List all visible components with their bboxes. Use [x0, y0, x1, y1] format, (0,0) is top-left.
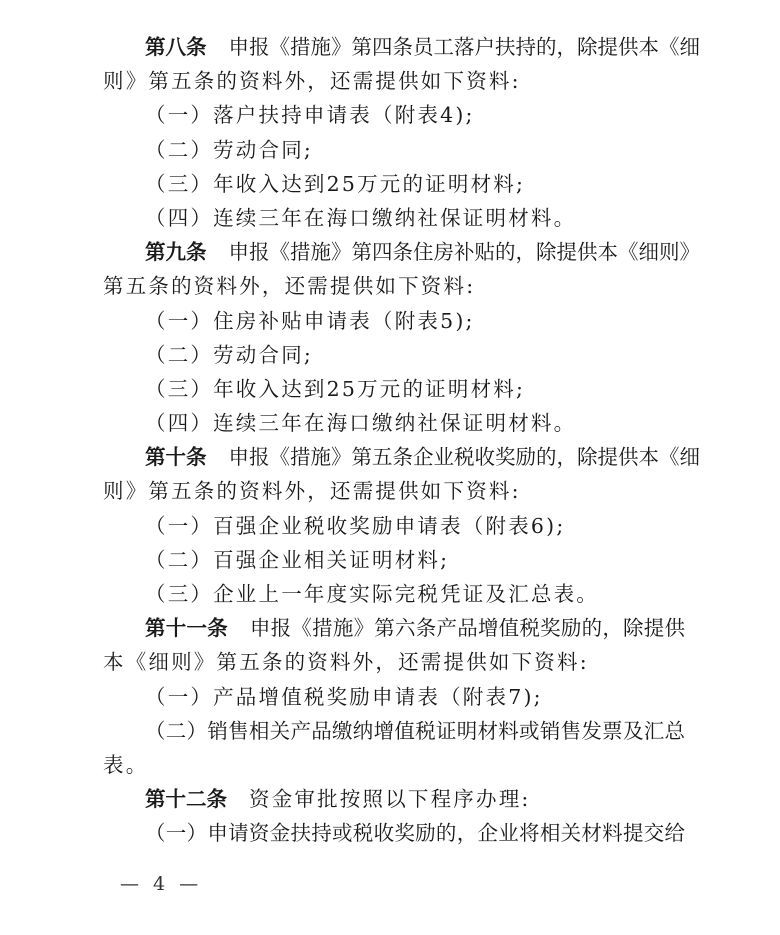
- document-page: 第八条申报《措施》第四条员工落户扶持的，除提供本《细 则》第五条的资料外，还需提…: [103, 30, 685, 851]
- list-item: （三）企业上一年度实际完税凭证及汇总表。: [103, 577, 685, 611]
- article-10-line-2: 则》第五条的资料外，还需提供如下资料:: [103, 474, 685, 508]
- article-11-line-2: 本《细则》第五条的资料外，还需提供如下资料:: [103, 645, 685, 679]
- list-item: （一）产品增值税奖励申请表（附表7);: [103, 680, 685, 714]
- list-item: （三）年收入达到25万元的证明材料;: [103, 372, 685, 406]
- list-item: （三）年收入达到25万元的证明材料;: [103, 167, 685, 201]
- list-item: （二）劳动合同;: [103, 133, 685, 167]
- article-12-line-1: 第十二条资金审批按照以下程序办理:: [103, 782, 685, 816]
- page-number: — 4 —: [120, 873, 202, 895]
- list-item: （二）销售相关产品缴纳增值税证明材料或销售发票及汇总: [103, 714, 685, 748]
- list-item: （四）连续三年在海口缴纳社保证明材料。: [103, 201, 685, 235]
- article-9-line-2: 第五条的资料外，还需提供如下资料:: [103, 269, 685, 303]
- list-item: （一）申请资金扶持或税收奖励的，企业将相关材料提交给: [103, 816, 685, 850]
- article-heading: 第八条: [145, 35, 207, 59]
- list-item: （一）住房补贴申请表（附表5);: [103, 304, 685, 338]
- article-heading: 第十二条: [145, 787, 227, 811]
- article-9-line-1: 第九条申报《措施》第四条住房补贴的，除提供本《细则》: [103, 235, 685, 269]
- article-heading: 第十一条: [145, 616, 228, 640]
- article-heading: 第九条: [145, 240, 207, 264]
- article-11-line-1: 第十一条申报《措施》第六条产品增值税奖励的，除提供: [103, 611, 685, 645]
- list-item-continuation: 表。: [103, 748, 685, 782]
- article-heading: 第十条: [145, 445, 207, 469]
- list-item: （一）落户扶持申请表（附表4);: [103, 98, 685, 132]
- article-10-line-1: 第十条申报《措施》第五条企业税收奖励的，除提供本《细: [103, 440, 685, 474]
- list-item: （二）劳动合同;: [103, 338, 685, 372]
- article-8-line-2: 则》第五条的资料外，还需提供如下资料:: [103, 64, 685, 98]
- list-item: （四）连续三年在海口缴纳社保证明材料。: [103, 406, 685, 440]
- article-8-line-1: 第八条申报《措施》第四条员工落户扶持的，除提供本《细: [103, 30, 685, 64]
- list-item: （二）百强企业相关证明材料;: [103, 543, 685, 577]
- list-item: （一）百强企业税收奖励申请表（附表6);: [103, 509, 685, 543]
